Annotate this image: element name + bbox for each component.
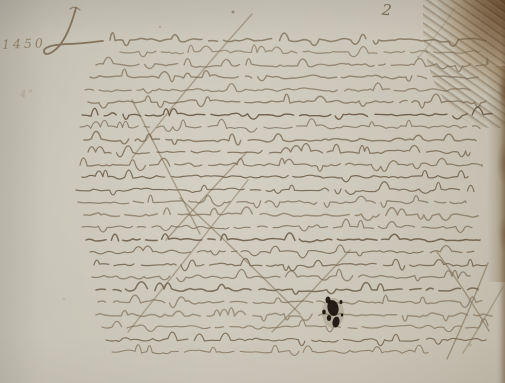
manuscript-page-photo: 1450 2 4°: [0, 0, 505, 383]
paper-specks: [0, 0, 505, 383]
marginal-year-note: 1450: [2, 35, 46, 52]
handwriting-layer: [0, 0, 505, 383]
page-edge-stain-lower: [494, 282, 505, 383]
page-number: 2: [381, 1, 392, 20]
faint-margin-mark: 4°: [20, 88, 36, 100]
page-edge-line: [500, 0, 505, 383]
page-edge-stain: [487, 66, 505, 282]
binding-stain-top-right: [423, 0, 505, 128]
paper-shading: [0, 0, 505, 383]
